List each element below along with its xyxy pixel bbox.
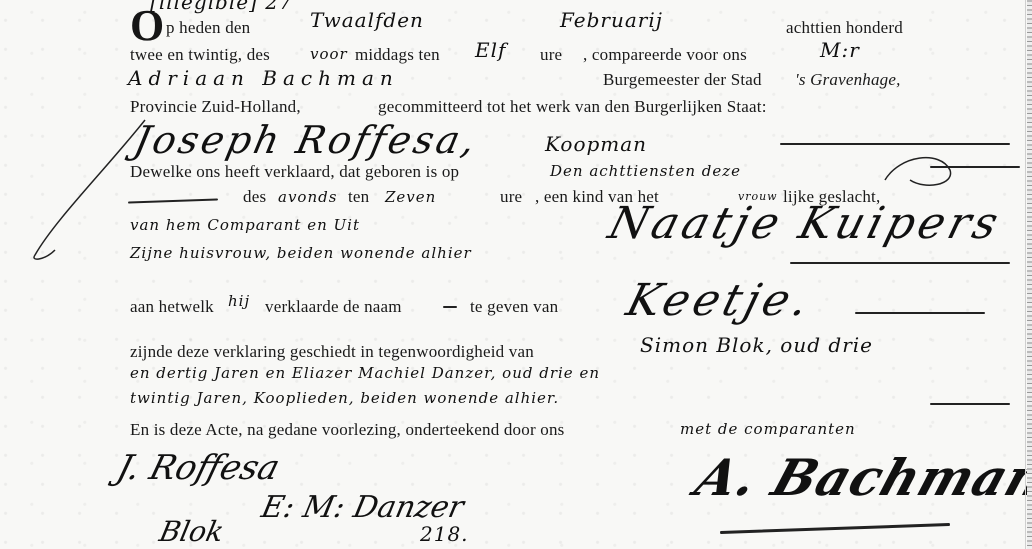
signature-underline (720, 523, 950, 534)
handwritten-ampm: voor (310, 45, 348, 63)
signature-witness: E: M: Danzer (258, 490, 467, 525)
printed-text: te geven van (470, 297, 558, 317)
printed-text: ure (540, 45, 562, 65)
printed-text: verklaarde de naam (265, 297, 402, 317)
signature-mayor: A. Bachman (688, 448, 1032, 507)
handwritten-time: avonds (278, 188, 337, 206)
page-edge (1025, 0, 1026, 549)
fill-rule (930, 403, 1010, 405)
handwritten-text: van hem Comparant en Uit (130, 216, 360, 234)
printed-text: , compareerde voor ons (583, 45, 747, 65)
drop-cap: O (130, 4, 164, 48)
flourish-decoration (15, 110, 155, 270)
handwritten-hour: Elf (475, 38, 506, 62)
page-edge (1027, 0, 1032, 549)
printed-text: ure (500, 187, 522, 207)
handwritten-mother-name: Naatje Kuipers (603, 198, 1007, 249)
printed-text: Burgemeester der Stad (603, 70, 762, 90)
printed-text: aan hetwelk (130, 297, 214, 317)
handwritten-month: Februarij (560, 8, 663, 32)
flourish-decoration (880, 140, 970, 200)
handwritten-declarant: Joseph Roffesa, (130, 118, 482, 162)
handwritten-text: en dertig Jaren en Eliazer Machiel Danze… (130, 364, 600, 382)
document-scan: [illegible] 27 O p heden den Twaalfden F… (0, 0, 1032, 549)
printed-text: middags ten (355, 45, 440, 65)
handwritten-text: Zijne huisvrouw, beiden wonende alhier (130, 244, 472, 262)
record-number: 218. (420, 522, 469, 546)
handwritten-occupation: Koopman (545, 132, 647, 156)
dash (443, 306, 457, 308)
fill-rule (855, 312, 985, 314)
printed-text: achttien honderd (786, 18, 903, 38)
fill-rule (790, 262, 1010, 264)
signature-declarant: J. Roffesa (113, 448, 284, 488)
printed-text: Dewelke ons heeft verklaard, dat geboren… (130, 162, 459, 182)
handwritten-witness: Simon Blok, oud drie (640, 333, 873, 357)
top-scrawl: [illegible] 27 (150, 0, 293, 14)
handwritten-hour: Zeven (385, 188, 436, 206)
handwritten-text: met de comparanten (680, 420, 856, 438)
handwritten-text: twintig Jaren, Kooplieden, beiden wonend… (130, 389, 559, 407)
handwritten-date: Den achttiensten deze (550, 162, 741, 180)
handwritten-day: Twaalfden (310, 8, 424, 32)
handwritten-pronoun: hij (228, 292, 250, 310)
printed-text: p heden den (166, 18, 250, 38)
printed-text: Provincie Zuid-Holland, (130, 97, 301, 117)
printed-text: En is deze Acte, na gedane voorlezing, o… (130, 420, 565, 440)
printed-text: des (243, 187, 266, 207)
printed-text: twee en twintig, des (130, 45, 270, 65)
handwritten-title: M:r (820, 38, 860, 62)
printed-city: 's Gravenhage, (795, 70, 901, 90)
handwritten-mayor-name: Adriaan Bachman (128, 66, 399, 90)
printed-text: zijnde deze verklaring geschiedt in tege… (130, 342, 534, 362)
signature-witness: Blok (156, 515, 226, 548)
handwritten-child-name: Keetje. (621, 275, 818, 326)
printed-text: ten (348, 187, 369, 207)
printed-text: gecommitteerd tot het werk van den Burge… (378, 97, 767, 117)
